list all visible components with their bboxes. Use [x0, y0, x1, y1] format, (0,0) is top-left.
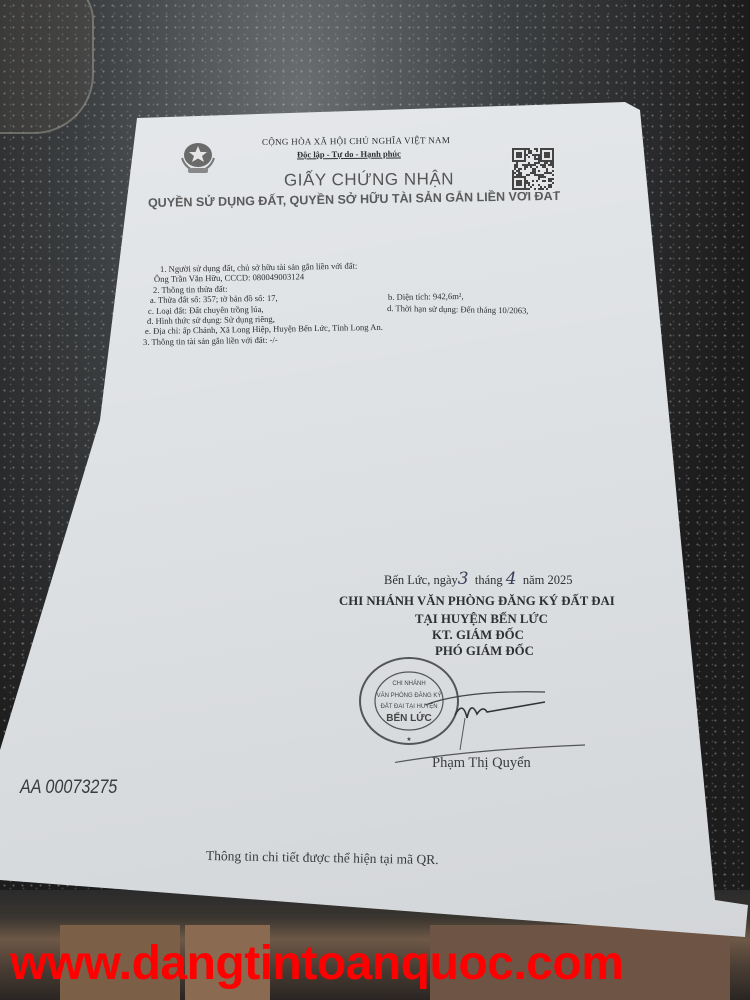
certificate-title: GIẤY CHỨNG NHẬN [284, 169, 454, 190]
date-line: Bến Lức, ngày3 tháng 4 năm 2025 [384, 569, 573, 589]
nation-heading: CỘNG HÒA XÃ HỘI CHỦ NGHĨA VIỆT NAM [262, 135, 450, 147]
handwritten-month: 4 [506, 569, 517, 589]
month-label: tháng [475, 573, 503, 587]
motto: Độc lập - Tự do - Hạnh phúc [297, 148, 401, 159]
section3-assets: 3. Thông tin tài sản gắn liền với đất: -… [143, 335, 278, 348]
signing-authority: KT. GIÁM ĐỐC [432, 628, 524, 643]
issuing-org-line2: TẠI HUYỆN BẾN LỨC [415, 612, 548, 627]
serial-number: AA 00073275 [20, 777, 117, 799]
certificate-document: CỘNG HÒA XÃ HỘI CHỦ NGHĨA VIỆT NAM Độc l… [0, 0, 750, 1000]
land-area: b. Diện tích: 942,6m², [388, 291, 464, 302]
qr-code-icon[interactable] [511, 146, 555, 192]
year-label: năm 2025 [523, 573, 573, 587]
national-emblem-icon [176, 138, 220, 178]
usage-term: d. Thời hạn sử dụng: Đến tháng 10/2063, [387, 303, 529, 316]
signer-name: Phạm Thị Quyển [432, 755, 531, 772]
owner-name: Ông Trần Văn Hữu, CCCD: 080049003124 [154, 271, 304, 284]
place-prefix: Bến Lức, ngày [384, 573, 458, 587]
website-watermark: www.dangtintoanquoc.com [10, 936, 623, 991]
handwritten-day: 3 [458, 569, 469, 589]
certificate-subtitle: QUYỀN SỬ DỤNG ĐẤT, QUYỀN SỞ HỮU TÀI SẢN … [148, 189, 560, 210]
issuing-org-line1: CHI NHÁNH VĂN PHÒNG ĐĂNG KÝ ĐẤT ĐAI [339, 594, 615, 609]
qr-note: Thông tin chi tiết được thể hiện tại mã … [206, 848, 439, 868]
